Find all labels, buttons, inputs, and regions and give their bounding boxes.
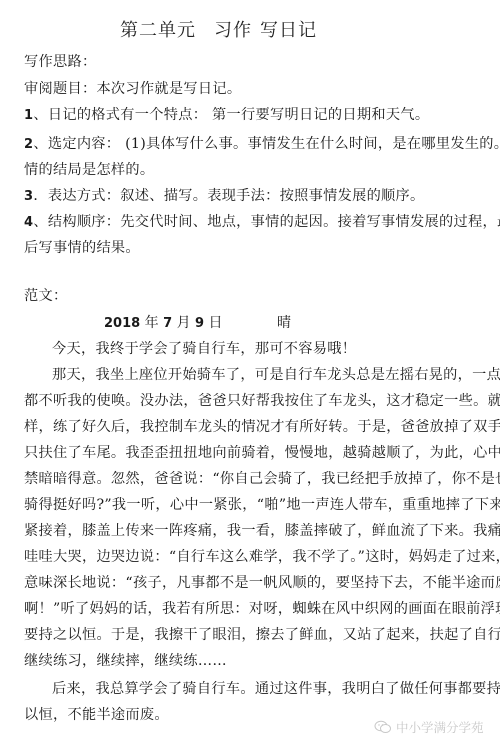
diary-line: 只扶住了车尾。我歪歪扭扭地向前骑着，慢慢地，越骑越顺了，为此，心中不 [24, 444, 482, 462]
sample-heading: 范文： [24, 287, 482, 305]
diary-line: 今天，我终于学会了骑自行车，那可不容易哦！ [52, 340, 482, 358]
date-day-unit: 日 [209, 315, 223, 331]
diary-line: 样，练了好久后，我控制车龙头的情况才有所好转。于是，爸爸放掉了双手， [24, 418, 482, 436]
page-title: 第二单元习作写日记 [120, 20, 317, 42]
diary-date: 2018 年 7 月 9 日 [104, 314, 223, 333]
date-month: 7 [163, 316, 172, 331]
diary-line: 紧接着，膝盖上传来一阵疼痛，我一看，膝盖摔破了，鲜血流了下来。我痛得 [24, 522, 482, 540]
diary-line: 哇哇大哭，边哭边说：“自行车这么难学，我不学了。”这时，妈妈走了过来， [24, 548, 482, 566]
guide-item-3: 3．表达方式：叙述、描写。表现手法：按照事情发展的顺序。 [24, 187, 482, 206]
guide-review: 审阅题目：本次习作就是写日记。 [24, 80, 482, 98]
diary-line: 继续练习，继续摔，继续练…… [24, 652, 482, 670]
date-year-unit: 年 [145, 315, 159, 331]
wechat-icon [374, 720, 392, 734]
item-number: 3 [24, 189, 33, 204]
diary-line: 后来，我总算学会了骑自行车。通过这件事，我明白了做任何事都要持之 [52, 680, 482, 698]
item-number: 1 [24, 108, 33, 123]
guide-item-4-cont: 后写事情的结果。 [24, 239, 482, 257]
diary-line: 禁暗暗得意。忽然，爸爸说：“你自己会骑了，我已经把手放掉了，你不是也 [24, 470, 482, 488]
diary-line: 都不听我的使唤。没办法，爸爸只好帮我按住了车龙头，这才稳定一些。就这 [24, 392, 482, 410]
watermark-text: 中小学满分学苑 [396, 718, 484, 736]
item-text: ．表达方式：叙述、描写。表现手法：按照事情发展的顺序。 [33, 188, 424, 204]
diary-line: 意味深长地说：“孩子，凡事都不是一帆风顺的，要坚持下去，不能半途而废 [24, 574, 482, 592]
date-month-unit: 月 [177, 315, 191, 331]
guide-heading: 写作思路： [24, 53, 482, 71]
item-text: 、日记的格式有一个特点： 第一行要写明日记的日期和天气。 [33, 107, 429, 123]
guide-item-2: 2、选定内容： (1)具体写什么事。事情发生在什么时间，是在哪里发生的。事 [24, 135, 482, 154]
title-topic: 写日记 [260, 20, 317, 41]
watermark: 中小学满分学苑 [374, 718, 484, 736]
item-text: 、结构顺序：先交代时间、地点，事情的起因。接着写事情发展的过程，最 [33, 214, 500, 230]
item-number: 4 [24, 215, 33, 230]
item-text: 、选定内容： (1)具体写什么事。事情发生在什么时间，是在哪里发生的。事 [33, 136, 500, 152]
guide-item-2-cont: 情的结局是怎样的。 [24, 161, 482, 179]
document-page: 第二单元习作写日记 写作思路： 审阅题目：本次习作就是写日记。 1、日记的格式有… [0, 0, 500, 747]
diary-line: 要持之以恒。于是，我擦干了眼泪，擦去了鲜血，又站了起来，扶起了自行车 [24, 626, 482, 644]
guide-item-4: 4、结构顺序：先交代时间、地点，事情的起因。接着写事情发展的过程，最 [24, 213, 482, 232]
title-unit: 第二单元 [120, 20, 196, 41]
date-day: 9 [195, 316, 204, 331]
title-type: 习作 [214, 20, 252, 41]
diary-line: 啊！”听了妈妈的话，我若有所思：对呀，蜘蛛在风中织网的画面在眼前浮现， [24, 600, 482, 618]
diary-line: 骑得挺好吗?”我一听，心中一紧张，“啪”地一声连人带车，重重地摔了下来。 [24, 496, 482, 514]
date-year: 2018 [104, 316, 140, 331]
item-number: 2 [24, 137, 33, 152]
guide-item-1: 1、日记的格式有一个特点： 第一行要写明日记的日期和天气。 [24, 106, 482, 125]
diary-weather: 晴 [277, 314, 291, 332]
diary-line: 那天，我坐上座位开始骑车了，可是自行车龙头总是左摇右晃的，一点儿 [52, 366, 482, 384]
